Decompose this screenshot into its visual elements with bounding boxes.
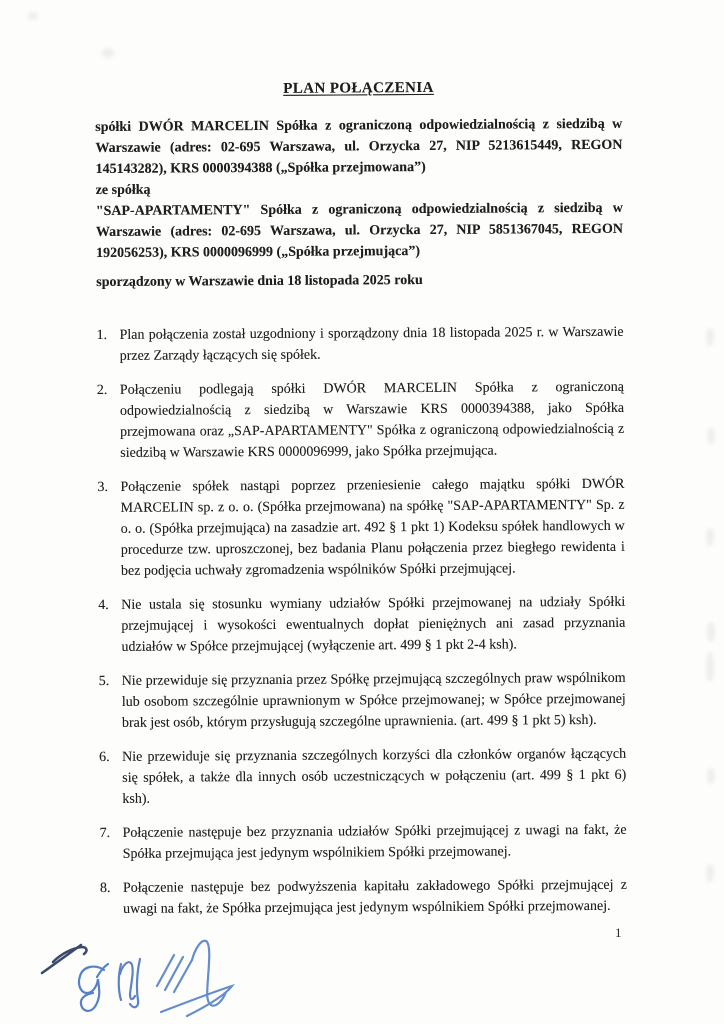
item-number: 8. xyxy=(100,878,123,920)
company-acquiring-paragraph: "SAP-APARTAMENTY" Spółka z ograniczoną o… xyxy=(96,198,623,264)
item-text: Połączenie spółek nastąpi poprzez przeni… xyxy=(120,474,625,582)
scan-artifact xyxy=(707,428,715,444)
item-text: Połączenie następuje bez podwyższenia ka… xyxy=(123,875,627,920)
document-intro: spółki DWÓR MARCELIN Spółka z ograniczon… xyxy=(95,114,623,264)
scan-artifact xyxy=(28,12,38,20)
item-text: Nie przewiduje się przyznania szczególny… xyxy=(122,744,626,810)
signature-stroke-dark xyxy=(42,945,86,973)
list-item-2: 2. Połączeniu podlegają spółki DWÓR MARC… xyxy=(97,377,625,464)
item-text: Plan połączenia został uzgodniony i spor… xyxy=(119,322,623,367)
scan-artifact xyxy=(706,864,714,882)
signature-ink xyxy=(35,932,250,1024)
scan-artifact xyxy=(707,622,715,642)
item-text: Nie ustala się stosunku wymiany udziałów… xyxy=(121,592,625,658)
list-item-8: 8. Połączenie następuje bez podwyższenia… xyxy=(100,875,627,920)
list-item-5: 5. Nie przewiduje się przyznania przez S… xyxy=(99,668,626,734)
document-body: PLAN POŁĄCZENIA spółki DWÓR MARCELIN Spó… xyxy=(95,77,627,933)
list-item-4: 4. Nie ustala się stosunku wymiany udzia… xyxy=(98,592,625,658)
list-item-3: 3. Połączenie spółek nastąpi poprzez prz… xyxy=(97,474,625,582)
item-text: Nie przewiduje się przyznania przez Spół… xyxy=(122,668,626,734)
item-number: 4. xyxy=(98,595,121,658)
numbered-list: 1. Plan połączenia został uzgodniony i s… xyxy=(96,322,627,920)
item-text: Połączenie następuje bez przyznania udzi… xyxy=(123,820,627,865)
scanned-document-page: PLAN POŁĄCZENIA spółki DWÓR MARCELIN Spó… xyxy=(0,0,724,1024)
list-item-7: 7. Połączenie następuje bez przyznania u… xyxy=(100,820,627,865)
date-line: sporządzony w Warszawie dnia 18 listopad… xyxy=(96,269,623,293)
document-title: PLAN POŁĄCZENIA xyxy=(95,77,622,101)
item-number: 6. xyxy=(99,747,122,810)
item-number: 1. xyxy=(96,325,119,367)
signature-stroke-blue-3 xyxy=(157,941,232,1016)
item-text: Połączeniu podlegają spółki DWÓR MARCELI… xyxy=(120,377,625,464)
page-number: 1 xyxy=(615,925,622,941)
item-number: 3. xyxy=(97,477,121,582)
scan-artifact xyxy=(706,528,714,546)
item-number: 2. xyxy=(97,380,121,464)
company-acquired-paragraph: spółki DWÓR MARCELIN Spółka z ograniczon… xyxy=(95,114,622,180)
item-number: 7. xyxy=(100,823,123,865)
scan-artifact xyxy=(102,48,114,58)
item-number: 5. xyxy=(99,671,122,734)
list-item-1: 1. Plan połączenia został uzgodniony i s… xyxy=(96,322,623,367)
signature-stroke-blue-2 xyxy=(119,959,140,1007)
scan-artifact xyxy=(706,328,714,346)
scan-artifact xyxy=(706,652,714,682)
list-item-6: 6. Nie przewiduje się przyznania szczegó… xyxy=(99,744,626,810)
scan-artifact xyxy=(707,768,715,784)
signature-stroke-blue-1 xyxy=(79,964,108,1011)
